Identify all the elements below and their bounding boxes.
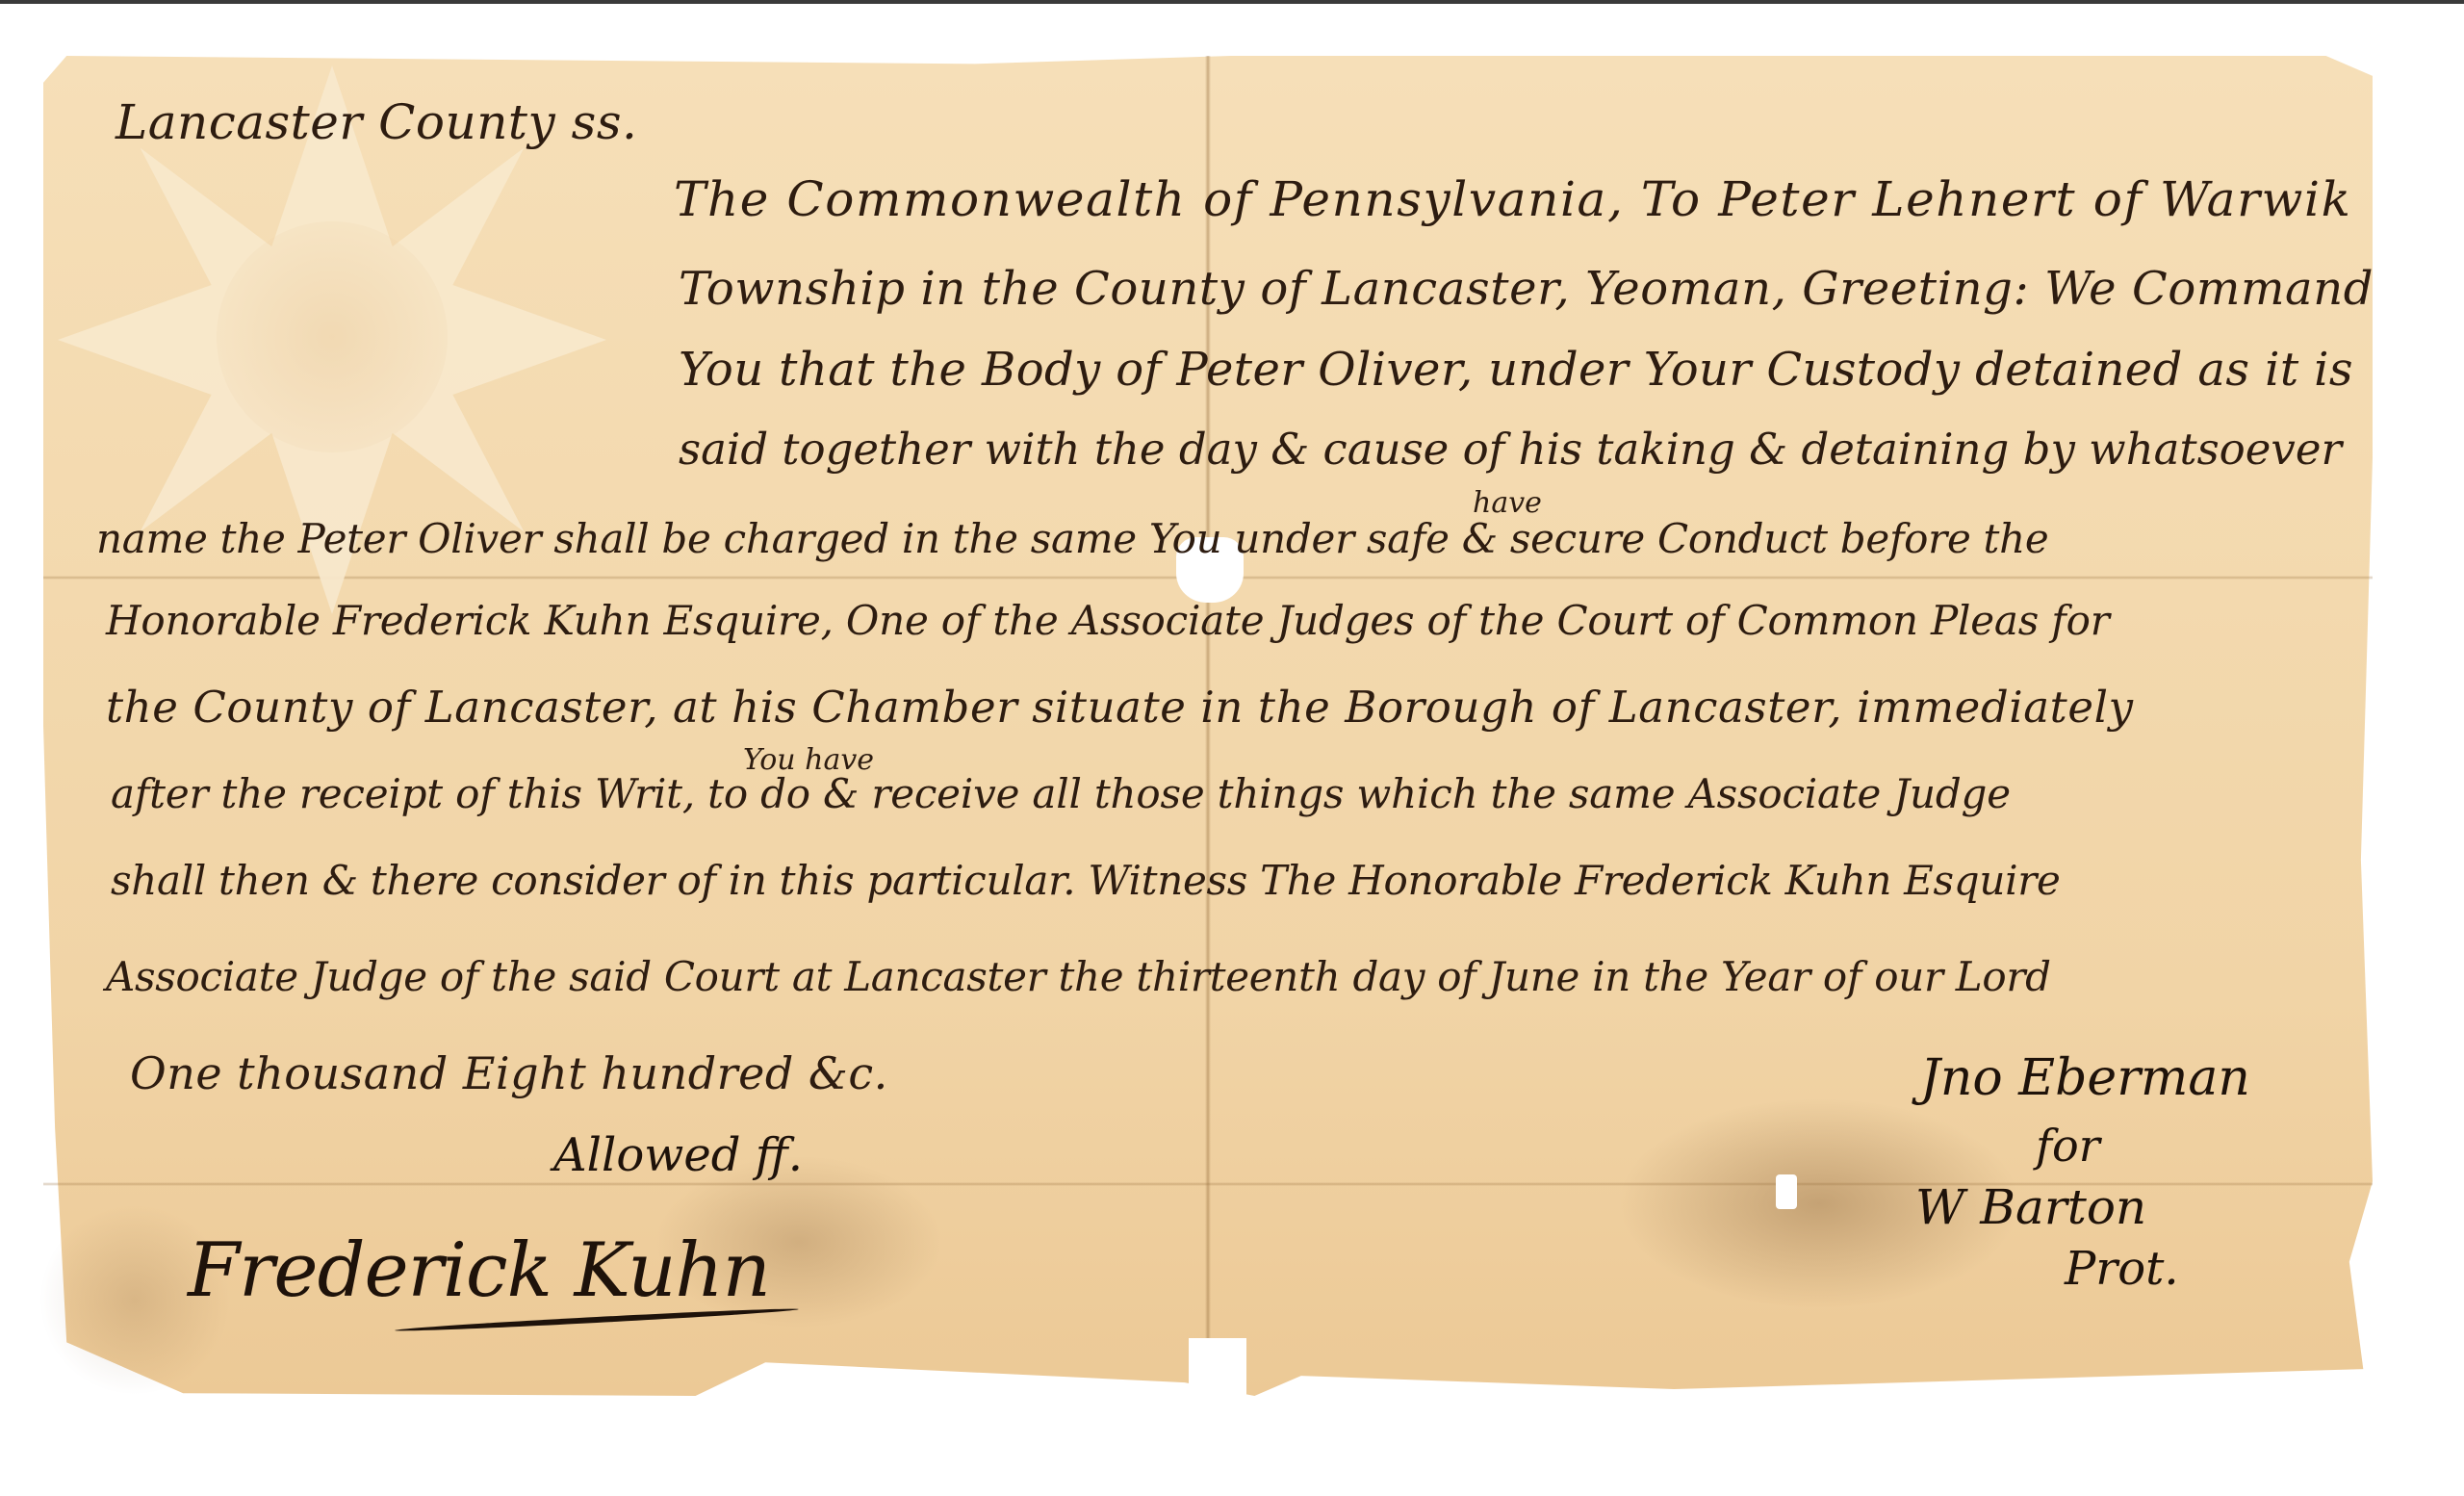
allowed-note: Allowed ff. [553, 1128, 803, 1182]
body-line-9: shall then & there consider of in this p… [111, 857, 2061, 904]
scan-top-border [0, 0, 2464, 4]
body-line-8: after the receipt of this Writ, to do & … [111, 770, 2011, 817]
seal-embossed-disc [217, 221, 448, 452]
body-line-10: Associate Judge of the said Court at Lan… [106, 953, 2051, 1000]
prothonotary-title: Prot. [2065, 1242, 2179, 1296]
paper-notch-bottom [1189, 1338, 1246, 1406]
body-line-5: name the Peter Oliver shall be charged i… [96, 515, 2048, 562]
body-line-7: the County of Lancaster, at his Chamber … [106, 682, 2134, 733]
body-line-11: One thousand Eight hundred &c. [130, 1047, 888, 1099]
paper-hole-lower [1776, 1174, 1797, 1209]
judge-signature: Frederick Kuhn [188, 1227, 770, 1314]
clerk-for: for [2036, 1120, 2100, 1172]
body-line-4: said together with the day & cause of hi… [679, 424, 2342, 475]
body-line-3: You that the Body of Peter Oliver, under… [679, 343, 2353, 397]
body-line-2: Township in the County of Lancaster, Yeo… [679, 262, 2374, 316]
body-line-6: Honorable Frederick Kuhn Esquire, One of… [106, 597, 2110, 644]
venue-heading: Lancaster County ss. [115, 94, 637, 150]
clerk-signature: Jno Eberman [1920, 1049, 2250, 1107]
body-line-1: The Commonwealth of Pennsylvania, To Pet… [674, 171, 2352, 227]
prothonotary-signature: W Barton [1915, 1179, 2146, 1235]
